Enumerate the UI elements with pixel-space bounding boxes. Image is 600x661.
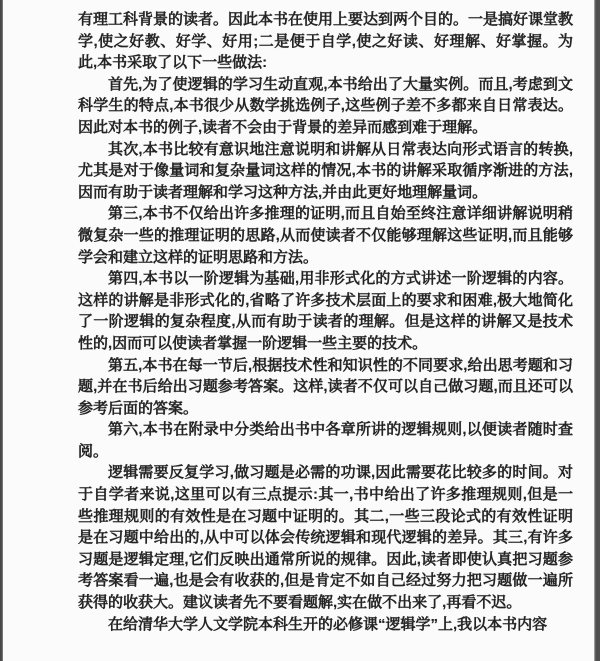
paragraph-4: 第三,本书不仅给出许多推理的证明,而且自始至终注意详细讲解说明稍微复杂一些的推理…	[78, 203, 573, 268]
paragraph-3: 其次,本书比较有意识地注意说明和讲解从日常表达向形式语言的转换,尤其是对于像量词…	[78, 139, 573, 204]
scan-edge-right	[594, 0, 600, 661]
book-page-scan: 有理工科背景的读者。因此本书在使用上要达到两个目的。一是搞好课堂教学,使之好教、…	[0, 0, 600, 661]
paragraph-2: 首先,为了使逻辑的学习生动直观,本书给出了大量实例。而且,考虑到文科学生的特点,…	[78, 74, 573, 139]
paragraph-6: 第五,本书在每一节后,根据技术性和知识性的不同要求,给出思考题和习题,并在书后给…	[78, 355, 573, 420]
scan-edge-left	[0, 0, 3, 661]
page-text: 有理工科背景的读者。因此本书在使用上要达到两个目的。一是搞好课堂教学,使之好教、…	[78, 9, 573, 635]
paragraph-1: 有理工科背景的读者。因此本书在使用上要达到两个目的。一是搞好课堂教学,使之好教、…	[78, 9, 573, 74]
paragraph-9: 在给清华大学人文学院本科生开的必修课“逻辑学”上,我以本书内容	[78, 614, 573, 636]
paragraph-5: 第四,本书以一阶逻辑为基础,用非形式化的方式讲述一阶逻辑的内容。这样的讲解是非形…	[78, 268, 573, 354]
paragraph-8: 逻辑需要反复学习,做习题是必需的功课,因此需要花比较多的时间。对于自学者来说,这…	[78, 462, 573, 613]
paragraph-7: 第六,本书在附录中分类给出书中各章所讲的逻辑规则,以便读者随时查阅。	[78, 419, 573, 462]
